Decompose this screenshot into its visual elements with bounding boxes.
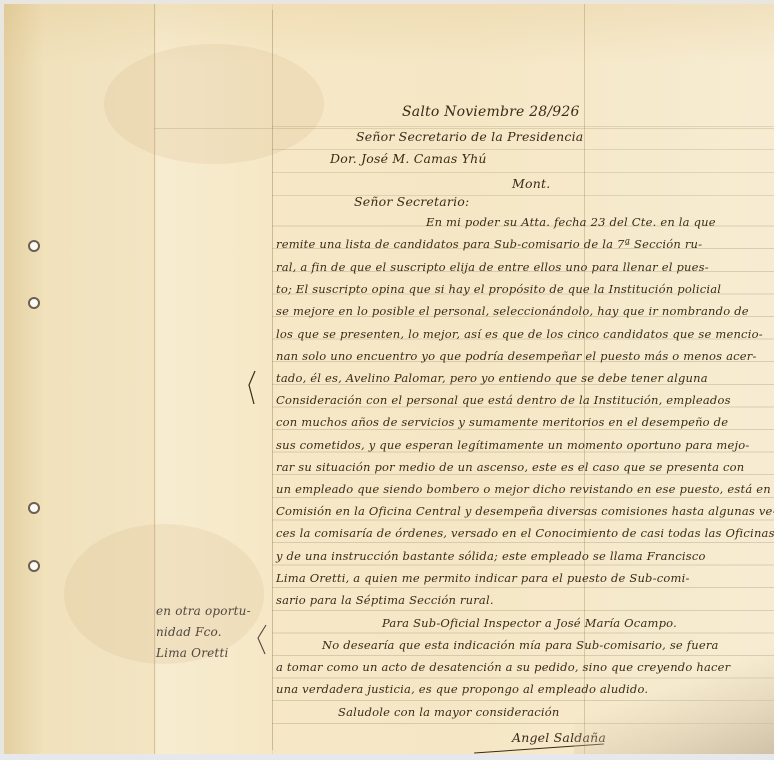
margin-note-line: nidad Fco. bbox=[156, 625, 222, 639]
body-line: con muchos años de servicios y sumamente… bbox=[276, 415, 728, 429]
body-line: ral, a fin de que el suscripto elija de … bbox=[276, 260, 709, 274]
salutation: Señor Secretario: bbox=[354, 194, 469, 209]
body-line: Lima Oretti, a quien me permito indicar … bbox=[276, 571, 690, 585]
bracket-mark bbox=[256, 624, 264, 654]
body-line: tado, él es, Avelino Palomar, pero yo en… bbox=[276, 371, 708, 385]
body-line: to; El suscripto opina que si hay el pro… bbox=[276, 282, 721, 296]
margin-note-line: Lima Oretti bbox=[156, 646, 229, 660]
bracket-mark bbox=[246, 370, 254, 404]
addressee-line: Dor. José M. Camas Yhú bbox=[330, 151, 487, 166]
body-line: nan solo uno encuentro yo que podría des… bbox=[276, 349, 757, 363]
margin-note-line: en otra oportu- bbox=[156, 604, 251, 618]
body-line: sario para la Séptima Sección rural. bbox=[276, 593, 494, 607]
body-line: se mejore en lo posible el personal, sel… bbox=[276, 304, 749, 318]
city-line: Mont. bbox=[512, 176, 550, 191]
body-line: un empleado que siendo bombero o mejor d… bbox=[276, 482, 771, 496]
closing-line: Saludole con la mayor consideración bbox=[338, 705, 560, 719]
body-line: En mi poder su Atta. fecha 23 del Cte. e… bbox=[426, 215, 716, 229]
letter-page: Salto Noviembre 28/926 Señor Secretario … bbox=[4, 4, 774, 756]
punch-hole bbox=[28, 560, 40, 572]
body-line: ces la comisaría de órdenes, versado en … bbox=[276, 526, 774, 540]
body-line: Para Sub-Oficial Inspector a José María … bbox=[382, 616, 677, 630]
body-line: sus cometidos, y que esperan legítimamen… bbox=[276, 438, 749, 452]
margin-line bbox=[272, 10, 273, 750]
date-line: Salto Noviembre 28/926 bbox=[402, 104, 580, 120]
scan-background bbox=[0, 754, 774, 760]
body-line: rar su situación por medio de un ascenso… bbox=[276, 460, 744, 474]
punch-hole bbox=[28, 502, 40, 514]
body-line: Comisión en la Oficina Central y desempe… bbox=[276, 504, 774, 518]
punch-hole bbox=[28, 240, 40, 252]
addressee-line: Señor Secretario de la Presidencia bbox=[356, 129, 583, 144]
punch-hole bbox=[28, 297, 40, 309]
body-line: y de una instrucción bastante sólida; es… bbox=[276, 549, 706, 563]
body-line: Consideración con el personal que está d… bbox=[276, 393, 731, 407]
paper-stain bbox=[64, 524, 264, 664]
curled-corner bbox=[574, 646, 774, 756]
body-line: remite una lista de candidatos para Sub-… bbox=[276, 237, 702, 251]
body-line: los que se presenten, lo mejor, así es q… bbox=[276, 327, 763, 341]
